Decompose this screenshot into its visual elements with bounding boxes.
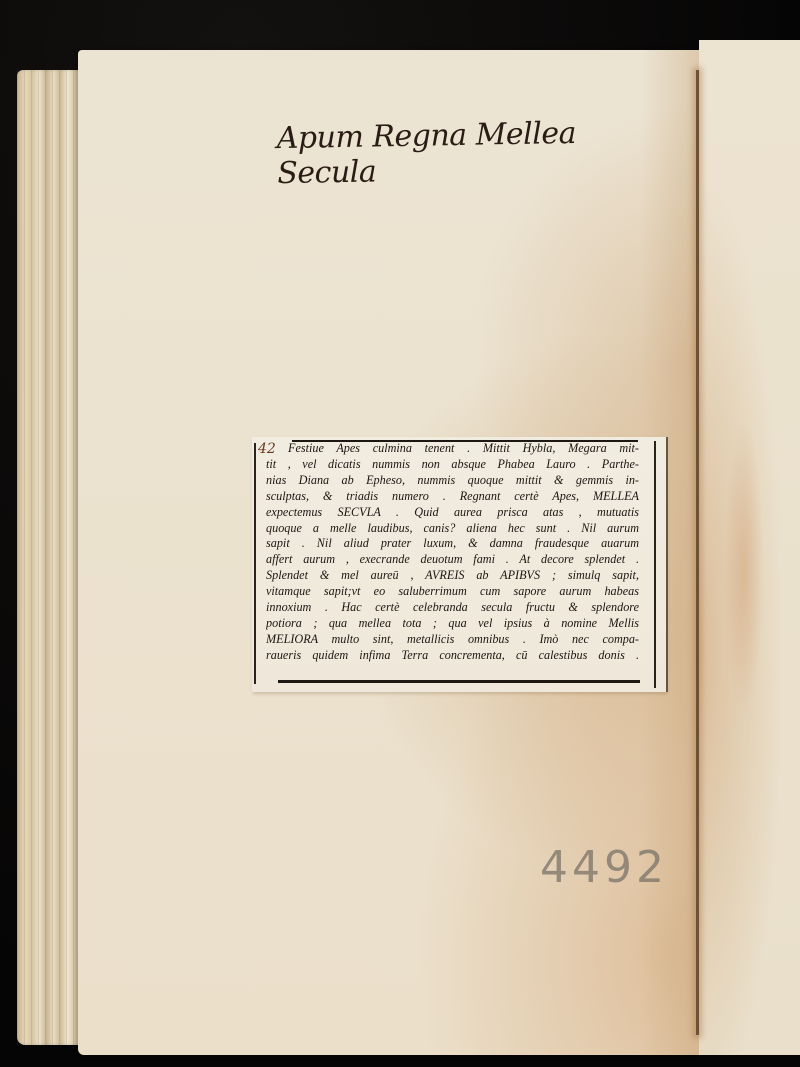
clipping-line: raueris quidem infima Terra concrementa,… bbox=[266, 648, 639, 664]
clipping-line: sculptas, & triadis numero . Regnant cer… bbox=[266, 489, 639, 505]
clipping-line: vitamque sapit;vt eo saluberrimum cum sa… bbox=[266, 584, 639, 600]
clipping-line: innoxium . Hac certè celebranda secula f… bbox=[266, 600, 639, 616]
clipping-line: nias Diana ab Epheso, nummis quoque mitt… bbox=[266, 473, 639, 489]
clipping-line: potiora ; qua mellea tota ; qua vel ipsi… bbox=[266, 616, 639, 632]
clipping-right-border bbox=[654, 441, 656, 688]
clipping-line: Festiue Apes culmina tenent . Mittit Hyb… bbox=[266, 441, 639, 457]
clipping-line: quoque a melle laudibus, canis? aliena h… bbox=[266, 521, 639, 537]
foxing-stain bbox=[724, 420, 764, 720]
right-page bbox=[699, 40, 800, 1055]
handwritten-title: Apum Regna Mellea Secula bbox=[276, 115, 637, 191]
printed-clipping: 42 Festiue Apes culmina tenent . Mittit … bbox=[252, 437, 666, 692]
clipping-line: MELIORA multo sint, metallicis omnibus .… bbox=[266, 632, 639, 648]
clipping-outer-edge bbox=[666, 437, 668, 692]
clipping-line: sapit . Nil aliud prater luxum, & damna … bbox=[266, 536, 639, 552]
pencil-catalog-number: 4492 bbox=[540, 842, 668, 893]
clipping-line: affert aurum , execrande deuotum fami . … bbox=[266, 552, 639, 568]
clipping-line: tit , vel dicatis nummis non absque Phab… bbox=[266, 457, 639, 473]
clipping-line: Splendet & mel aureū , AVREIS ab APIBVS … bbox=[266, 568, 639, 584]
clipping-left-border bbox=[254, 443, 256, 684]
clipping-line: expectemus SECVLA . Quid aurea prisca at… bbox=[266, 505, 639, 521]
book-photo-scene: Apum Regna Mellea Secula 42 Festiue Apes… bbox=[0, 0, 800, 1067]
book-gutter bbox=[696, 70, 699, 1035]
page-edge-stack bbox=[17, 70, 87, 1045]
clipping-text: Festiue Apes culmina tenent . Mittit Hyb… bbox=[266, 441, 639, 664]
clipping-bottom-rule bbox=[278, 680, 640, 683]
